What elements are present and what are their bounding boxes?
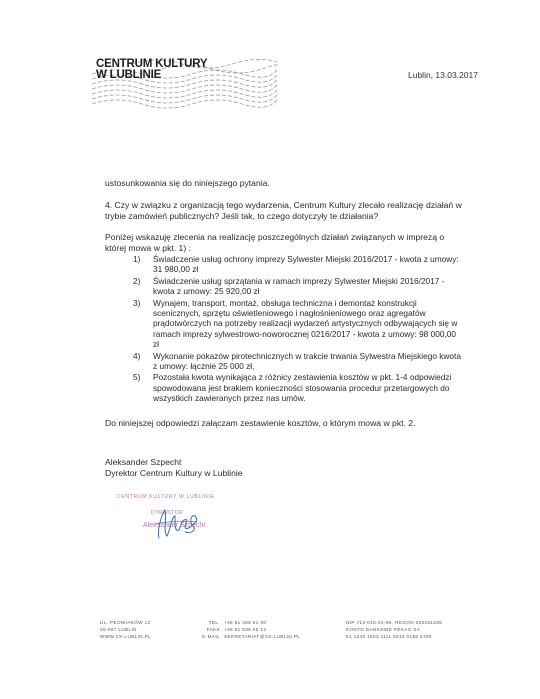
logo-text: CENTRUM KULTURY W LUBLINIE bbox=[96, 59, 207, 81]
footer-website: www.ck.lublin.pl bbox=[100, 633, 151, 640]
footer-email: sekretariat@ck.lublin.pl bbox=[224, 633, 300, 640]
orders-list: 1)Świadczenie usług ochrony imprezy Sylw… bbox=[133, 254, 463, 405]
list-item: 2)Świadczenie usług sprzątania w ramach … bbox=[133, 276, 463, 297]
paragraph-question-4: 4. Czy w związku z organizacją tego wyda… bbox=[105, 200, 465, 221]
list-item: 3)Wynajem, transport, montaż, obsługa te… bbox=[133, 298, 463, 350]
logo-line-2: W LUBLINIE bbox=[96, 70, 207, 81]
handwritten-signature-icon bbox=[145, 502, 205, 542]
paragraph-orders-intro: Poniżej wskazuję zlecenia na realizację … bbox=[105, 232, 465, 253]
footer-fax: +48 81 536 05 12 bbox=[224, 626, 266, 633]
paragraph-intro: ustosunkowania się do niniejszego pytani… bbox=[105, 178, 270, 189]
organization-logo: CENTRUM KULTURY W LUBLINIE bbox=[92, 52, 277, 114]
paragraph-attachment: Do niniejszej odpowiedzi załączam zestaw… bbox=[105, 418, 415, 429]
stamp-organization: CENTRUM KULTURY W LUBLINIE bbox=[117, 494, 214, 500]
letter-date: Lublin, 13.03.2017 bbox=[408, 70, 478, 80]
signer-title: Dyrektor Centrum Kultury w Lublinie bbox=[105, 468, 243, 479]
director-stamp: CENTRUM KULTURY W LUBLINIE DYREKTOR Alek… bbox=[117, 492, 227, 542]
list-item: 5)Pozostała kwota wynikająca z różnicy z… bbox=[133, 372, 463, 403]
list-item: 4)Wykonanie pokazów pirotechnicznych w t… bbox=[133, 351, 463, 372]
footer-contacts: tel.+48 81 466 61 00 faks+48 81 536 05 1… bbox=[192, 619, 300, 640]
list-item: 1)Świadczenie usług ochrony imprezy Sylw… bbox=[133, 254, 463, 275]
footer-company-info: NIP 712-016-22-65, REGON 000281536 Konto… bbox=[346, 619, 442, 640]
signer-name: Aleksander Szpecht bbox=[105, 457, 181, 468]
footer-address: ul. Peowiaków 12 20-007 Lublin www.ck.lu… bbox=[100, 619, 151, 640]
footer-phone: +48 81 466 61 00 bbox=[224, 619, 266, 626]
